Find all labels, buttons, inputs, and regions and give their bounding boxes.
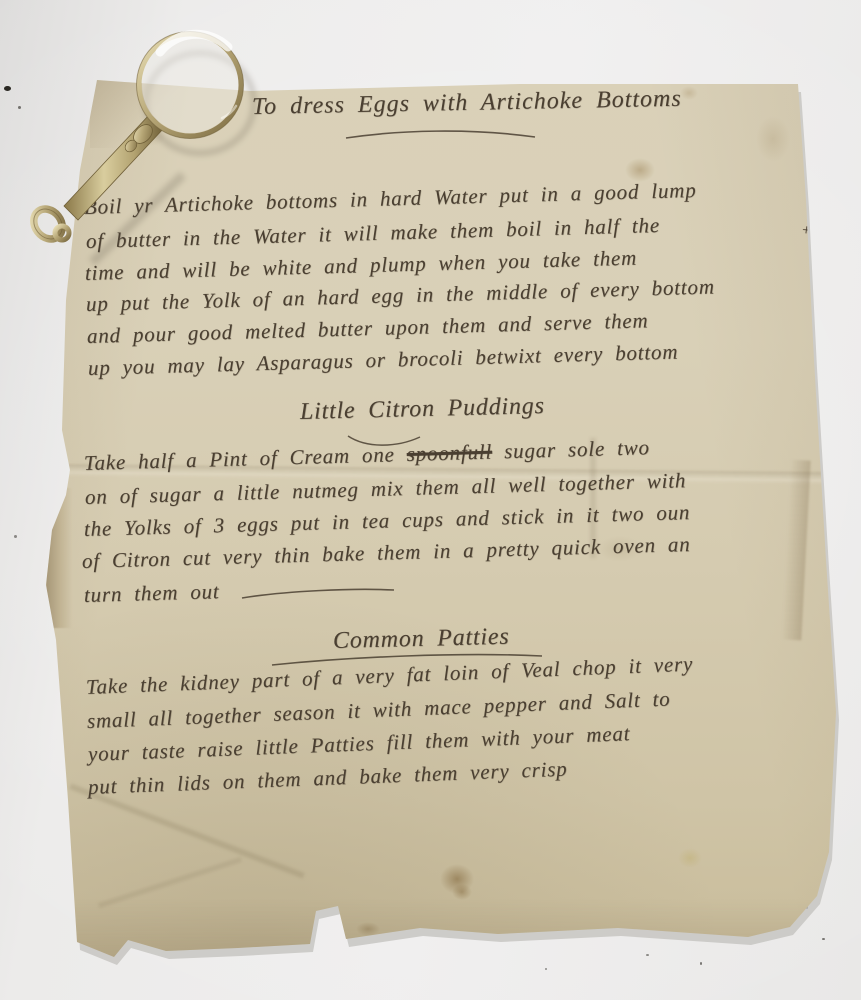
dust-speck xyxy=(700,962,702,965)
stain xyxy=(138,126,166,146)
recipe-line: up you may lay Asparagus or brocoli betw… xyxy=(88,341,679,381)
diagonal-crease xyxy=(98,857,242,908)
dust-speck xyxy=(545,968,547,970)
struck-out-word: spoonfull xyxy=(406,440,492,466)
recipe-line: turn them out xyxy=(84,580,220,607)
dust-speck xyxy=(4,86,11,91)
photo-of-manuscript: To dress Eggs with Artichoke Bottoms Boi… xyxy=(0,0,861,1000)
stain xyxy=(680,86,698,100)
top-left-corner-fold xyxy=(90,78,185,148)
recipe-line: Boil yr Artichoke bottoms in hard Water … xyxy=(84,179,697,219)
recipe-line: of Citron cut very thin bake them in a p… xyxy=(82,533,691,573)
line-part: Take half a Pint of Cream one xyxy=(84,442,407,475)
stain xyxy=(756,116,790,162)
title-underline-flourish xyxy=(346,131,535,138)
stain xyxy=(678,848,702,868)
dust-speck xyxy=(14,535,17,538)
dust-speck xyxy=(822,938,825,940)
line-part: sugar sole two xyxy=(492,435,650,463)
stain xyxy=(452,884,472,900)
recipe-line: put thin lids on them and bake them very… xyxy=(88,758,568,799)
recipe-line: Take half a Pint of Cream one spoonfull … xyxy=(84,436,650,475)
dust-speck xyxy=(18,106,21,109)
section-heading-common-patties: Common Patties xyxy=(333,624,510,655)
stain xyxy=(440,864,474,894)
recipe-title: To dress Eggs with Artichoke Bottoms xyxy=(252,86,682,121)
dust-speck xyxy=(646,954,649,956)
right-edge-fold xyxy=(781,460,810,641)
turn-them-out-dash xyxy=(242,589,394,598)
manuscript-paper: To dress Eggs with Artichoke Bottoms Boi… xyxy=(0,0,861,1000)
section-heading-citron-puddings: Little Citron Puddings xyxy=(300,393,545,425)
stain xyxy=(356,922,380,936)
